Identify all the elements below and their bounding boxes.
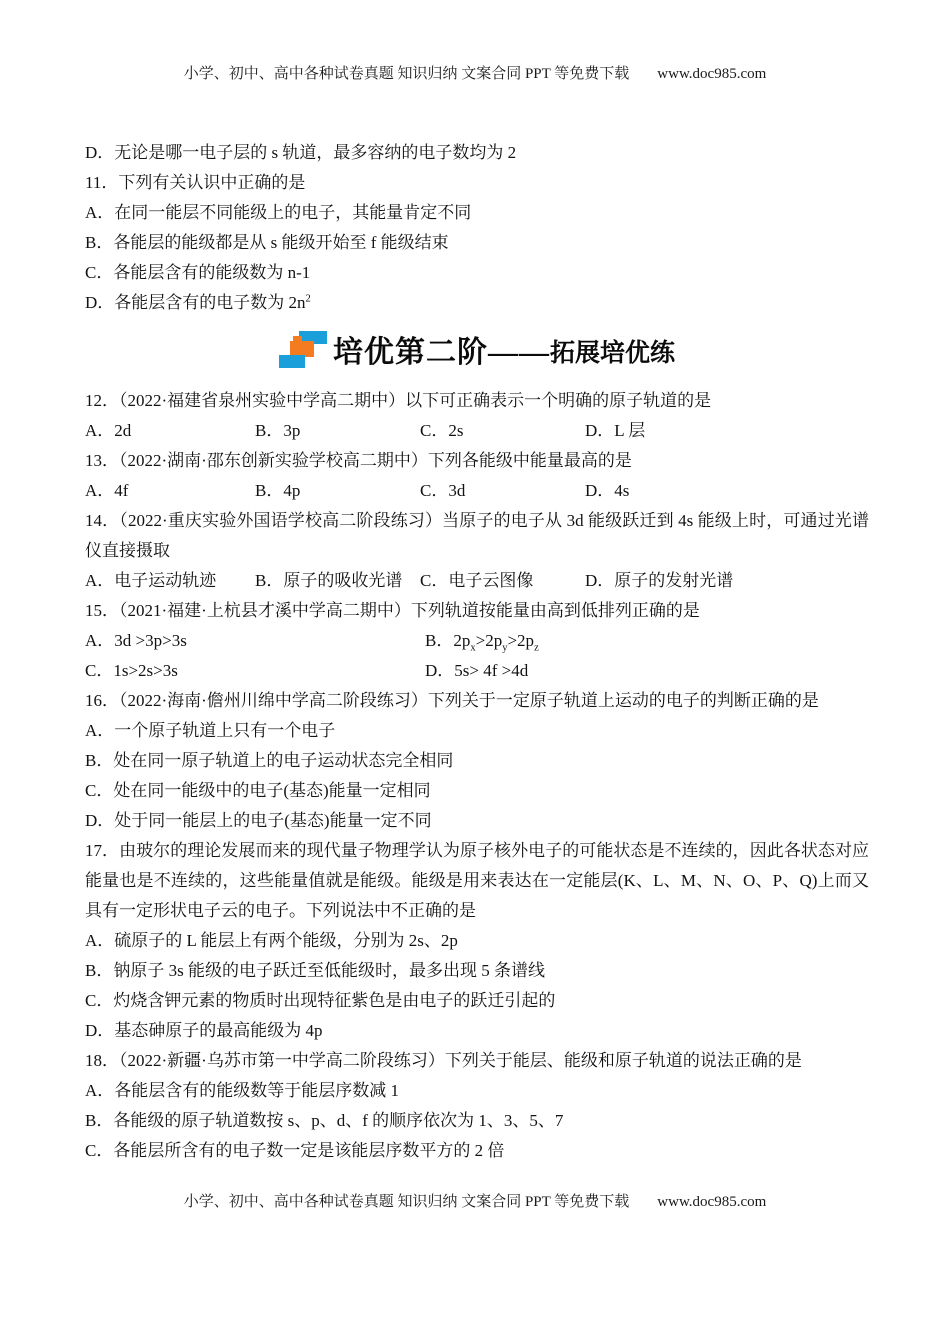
text-line: C．处在同一能级中的电子(基态)能量一定相同 xyxy=(85,776,869,806)
option-item: B．2px>2py>2pz xyxy=(425,626,869,656)
text-line: 16．（2022·海南·儋州川绵中学高二阶段练习）下列关于一定原子轨道上运动的电… xyxy=(85,686,869,716)
option-item: B．4p xyxy=(255,476,420,506)
option-item: D．5s> 4f >4d xyxy=(425,656,869,686)
text-line: 15．（2021·福建·上杭县才溪中学高二期中）下列轨道按能量由高到低排列正确的… xyxy=(85,596,869,626)
footer-site-link: www.doc985.com xyxy=(657,1194,766,1210)
text-line: C．灼烧含钾元素的物质时出现特征紫色是由电子的跃迁引起的 xyxy=(85,986,869,1016)
text-line: D．处于同一能层上的电子(基态)能量一定不同 xyxy=(85,806,869,836)
option-item: C．1s>2s>3s xyxy=(85,656,425,686)
option-item: A．2d xyxy=(85,416,255,446)
option-item: B．原子的吸收光谱 xyxy=(255,566,420,596)
text-line: C．各能层所含有的电子数一定是该能层序数平方的 2 倍 xyxy=(85,1136,869,1166)
option-item: D．4s xyxy=(585,476,869,506)
text-line: 13．（2022·湖南·邵东创新实验学校高二期中）下列各能级中能量最高的是 xyxy=(85,446,869,476)
document-content: D．无论是哪一电子层的 s 轨道，最多容纳的电子数均为 211．下列有关认识中正… xyxy=(85,138,869,1166)
document-page: 小学、初中、高中各种试卷真题 知识归纳 文案合同 PPT 等免费下载www.do… xyxy=(0,0,950,1344)
text-line: B．处在同一原子轨道上的电子运动状态完全相同 xyxy=(85,746,869,776)
banner-title-main: 培优第二阶—— xyxy=(333,338,550,368)
option-item: C．3d xyxy=(420,476,585,506)
text-line: B．各能级的原子轨道数按 s、p、d、f 的顺序依次为 1、3、5、7 xyxy=(85,1106,869,1136)
option-item: D．L 层 xyxy=(585,416,869,446)
text-line: D．各能层含有的电子数为 2n2 xyxy=(85,288,869,318)
section-banner: 培优第二阶——拓展培优练 xyxy=(85,328,869,378)
page-footer: 小学、初中、高中各种试卷真题 知识归纳 文案合同 PPT 等免费下载www.do… xyxy=(0,1190,950,1211)
options-row: A．电子运动轨迹B．原子的吸收光谱C．电子云图像D．原子的发射光谱 xyxy=(85,566,869,596)
header-text: 小学、初中、高中各种试卷真题 知识归纳 文案合同 PPT 等免费下载 xyxy=(184,66,630,82)
text-line: 11．下列有关认识中正确的是 xyxy=(85,168,869,198)
option-item: A．3d >3p>3s xyxy=(85,626,425,656)
header-site-link: www.doc985.com xyxy=(657,66,766,82)
text-line: B．钠原子 3s 能级的电子跃迁至低能级时，最多出现 5 条谱线 xyxy=(85,956,869,986)
footer-text: 小学、初中、高中各种试卷真题 知识归纳 文案合同 PPT 等免费下载 xyxy=(184,1194,630,1210)
text-line: C．各能层含有的能级数为 n-1 xyxy=(85,258,869,288)
text-line: 12．（2022·福建省泉州实验中学高二期中）以下可正确表示一个明确的原子轨道的… xyxy=(85,386,869,416)
options-row: C．1s>2s>3sD．5s> 4f >4d xyxy=(85,656,869,686)
text-line: 17．由玻尔的理论发展而来的现代量子物理学认为原子核外电子的可能状态是不连续的，… xyxy=(85,836,869,926)
text-line: A．在同一能层不同能级上的电子，其能量肯定不同 xyxy=(85,198,869,228)
option-item: C．电子云图像 xyxy=(420,566,585,596)
options-row: A．2dB．3pC．2sD．L 层 xyxy=(85,416,869,446)
text-line: A．一个原子轨道上只有一个电子 xyxy=(85,716,869,746)
text-line: 18．（2022·新疆·乌苏市第一中学高二阶段练习）下列关于能层、能级和原子轨道… xyxy=(85,1046,869,1076)
option-item: B．3p xyxy=(255,416,420,446)
option-item: D．原子的发射光谱 xyxy=(585,566,869,596)
banner-title-sub: 拓展培优练 xyxy=(550,341,675,366)
text-line: 14．（2022·重庆实验外国语学校高二阶段练习）当原子的电子从 3d 能级跃迁… xyxy=(85,506,869,566)
text-line: A．硫原子的 L 能层上有两个能级，分别为 2s、2p xyxy=(85,926,869,956)
options-row: A．4fB．4pC．3dD．4s xyxy=(85,476,869,506)
page-header: 小学、初中、高中各种试卷真题 知识归纳 文案合同 PPT 等免费下载www.do… xyxy=(0,62,950,83)
options-row: A．3d >3p>3sB．2px>2py>2pz xyxy=(85,626,869,656)
text-line: D．基态砷原子的最高能级为 4p xyxy=(85,1016,869,1046)
option-item: C．2s xyxy=(420,416,585,446)
stairs-logo-icon xyxy=(279,330,329,376)
text-line: A．各能层含有的能级数等于能层序数减 1 xyxy=(85,1076,869,1106)
text-line: D．无论是哪一电子层的 s 轨道，最多容纳的电子数均为 2 xyxy=(85,138,869,168)
option-item: A．4f xyxy=(85,476,255,506)
option-item: A．电子运动轨迹 xyxy=(85,566,255,596)
text-line: B．各能层的能级都是从 s 能级开始至 f 能级结束 xyxy=(85,228,869,258)
